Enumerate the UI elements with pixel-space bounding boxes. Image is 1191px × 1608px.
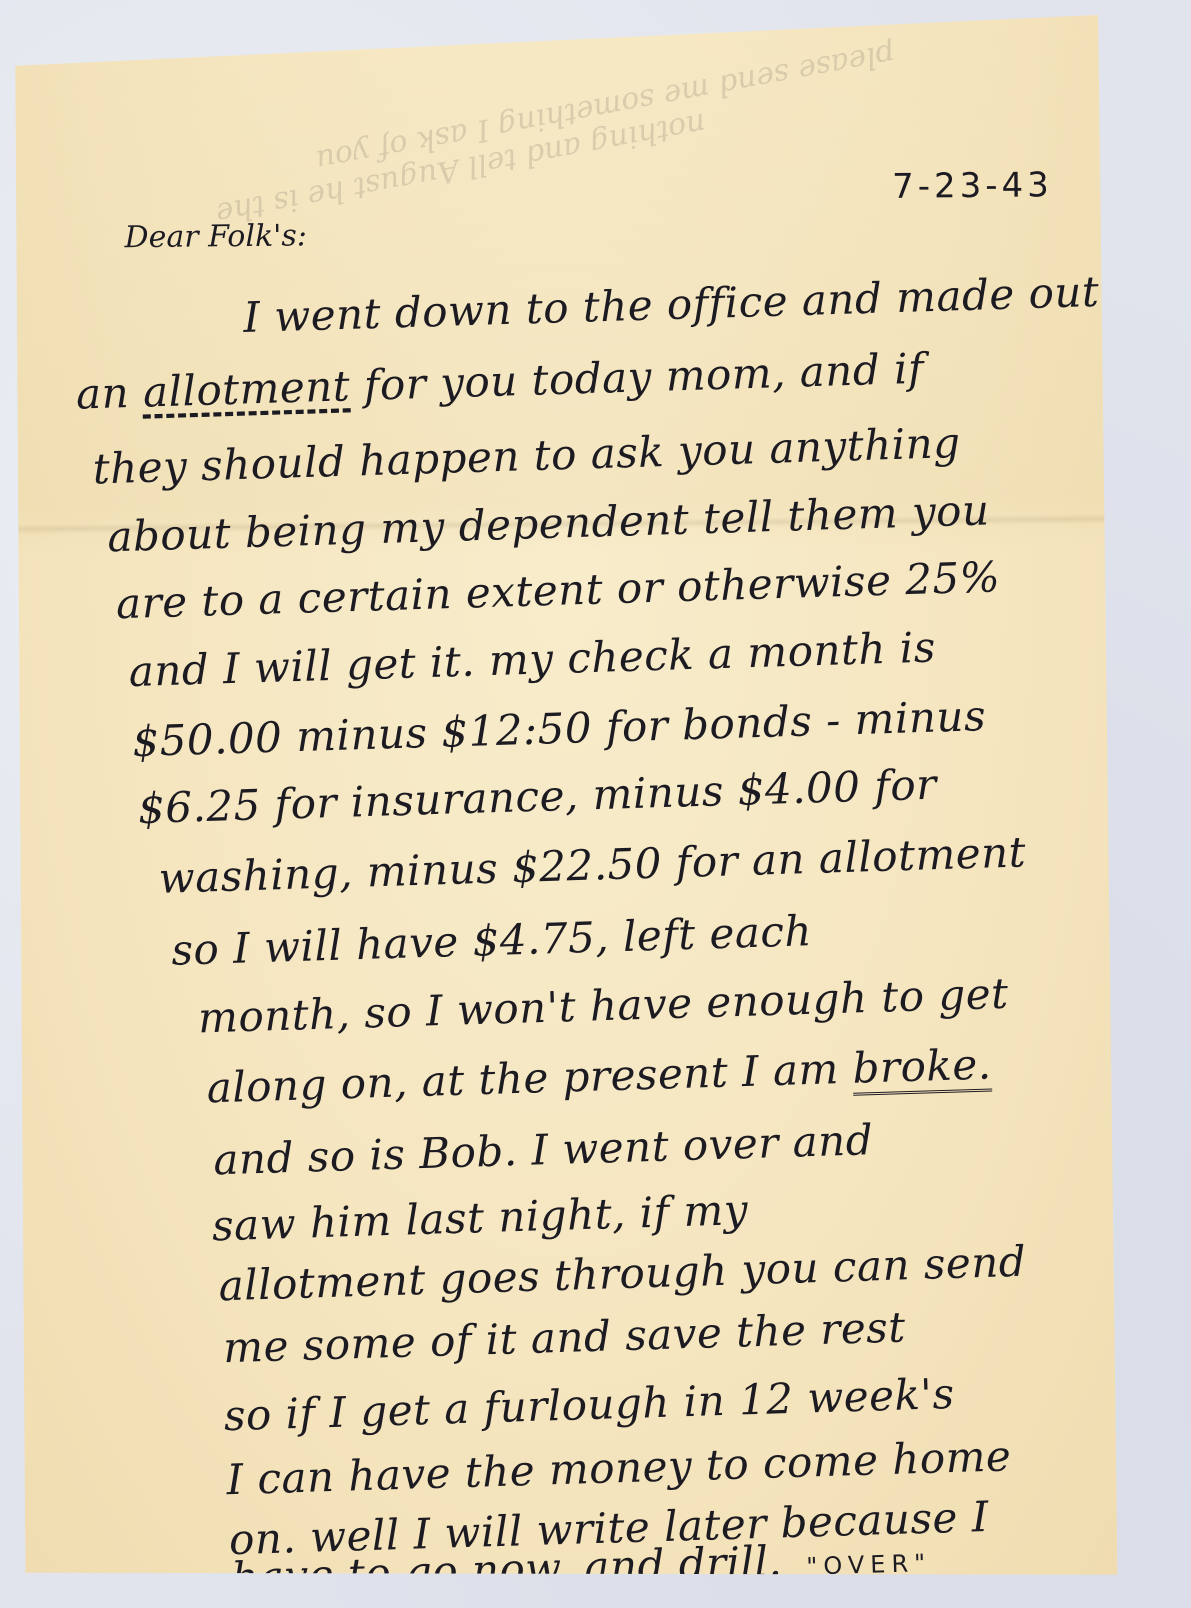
letter-line: an allotment for you today mom, and if bbox=[75, 344, 924, 419]
letter-line: me some of it and save the rest bbox=[222, 1302, 906, 1372]
letter-line: so if I get a furlough in 12 week's bbox=[223, 1369, 955, 1440]
letter-line: so I will have $4.75, left each bbox=[171, 906, 813, 975]
letter-line: are to a certain extent or otherwise 25% bbox=[115, 552, 1000, 628]
letter-line: they should happen to ask you anything bbox=[92, 418, 961, 493]
letter-line: saw him last night, if my bbox=[211, 1185, 748, 1250]
letter-line: allotment goes through you can send bbox=[218, 1237, 1027, 1311]
letter-page: please send me something I ask of you no… bbox=[11, 15, 1118, 1585]
letter-line: about being my dependent tell them you bbox=[107, 485, 990, 561]
letter-line: I went down to the office and made out bbox=[243, 267, 1100, 342]
letter-line: and I will get it. my check a month is bbox=[128, 623, 936, 697]
letter-line: $50.00 minus $12:50 for bonds - minus bbox=[132, 691, 987, 766]
letter-line: month, so I won't have enough to get bbox=[197, 969, 1009, 1043]
letter-line: $6.25 for insurance, minus $4.00 for bbox=[137, 760, 937, 833]
letter-line: I can have the money to come home bbox=[226, 1431, 1012, 1504]
line-rest: for you today mom, and if bbox=[349, 344, 924, 411]
letter-date: 7-23-43 bbox=[892, 165, 1053, 207]
line-start: an bbox=[75, 368, 143, 419]
letter-line: and so is Bob. I went over and bbox=[213, 1115, 874, 1184]
letter-line: washing, minus $22.50 for an allotment bbox=[158, 827, 1027, 902]
underlined-word-broke: broke. bbox=[852, 1039, 992, 1095]
letter-line: along on, at the present I am broke. bbox=[206, 1039, 992, 1112]
underlined-word-allotment: allotment bbox=[142, 361, 351, 416]
salutation: Dear Folk's: bbox=[124, 218, 307, 255]
line-start: along on, at the present I am bbox=[206, 1044, 853, 1113]
